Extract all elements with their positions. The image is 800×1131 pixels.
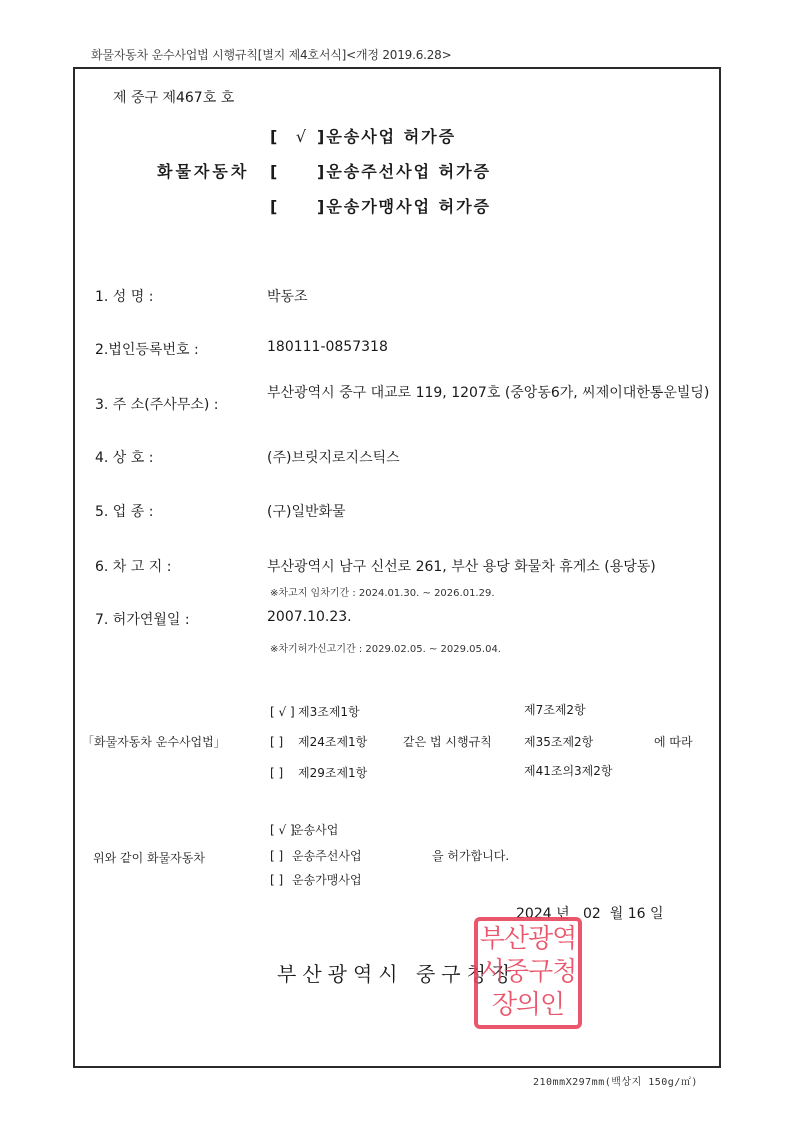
check-mark-icon: √ xyxy=(287,127,317,146)
empty-checkbox: [ ] xyxy=(270,735,298,749)
empty-checkbox: [ ] xyxy=(270,766,298,780)
field-value-trade-name: (주)브릿지로지스틱스 xyxy=(267,447,400,467)
paper-spec-footer: 210mmX297mm(백상지 150g/㎡) xyxy=(533,1073,698,1088)
article-option-3: [ ]제29조제1항 xyxy=(270,764,367,781)
field-label-corp-reg-no: 2.법인등록번호 : xyxy=(95,339,199,359)
field-value-address: 부산광역시 중구 대교로 119, 1207호 (중앙동6가, 씨제이대한통운빌… xyxy=(267,386,717,401)
rule-article-1: 제7조제2항 xyxy=(524,701,586,718)
official-seal-stamp: 부산광역 시중구청 장의인 xyxy=(474,917,582,1029)
document-number: 제 중구 제467호 호 xyxy=(113,87,234,107)
rule-article-2: 제35조제2항 xyxy=(524,733,593,750)
title-prefix: 화물자동차 xyxy=(157,159,249,182)
empty-checkbox: [ ] xyxy=(270,849,292,863)
grant-prefix: 위와 같이 화물자동차 xyxy=(93,849,205,866)
rule-article-3: 제41조의3제2항 xyxy=(524,762,613,779)
title-option-transport: [√]운송사업 허가증 xyxy=(270,124,456,147)
legal-act-name: 「화물자동차 운수사업법」 xyxy=(82,733,226,750)
field-label-address: 3. 주 소(주사무소) : xyxy=(95,394,219,414)
grant-option-transport: [ √ ]운송사업 xyxy=(270,821,338,838)
renewal-period-note: ※차기허가신고기간 : 2029.02.05. ~ 2029.05.04. xyxy=(270,640,501,655)
title-option-franchise: []운송가맹사업 허가증 xyxy=(270,194,491,217)
empty-checkbox: [ ] xyxy=(270,873,292,887)
garage-lease-note: ※차고지 임차기간 : 2024.01.30. ~ 2026.01.29. xyxy=(270,584,495,599)
grant-option-brokerage: [ ]운송주선사업 xyxy=(270,847,362,864)
title-option-brokerage: []운송주선사업 허가증 xyxy=(270,159,491,182)
grant-suffix: 을 허가합니다. xyxy=(432,847,509,864)
field-label-garage: 6. 차 고 지 : xyxy=(95,556,171,576)
field-value-permit-date: 2007.10.23. xyxy=(267,609,352,625)
field-value-name: 박동조 xyxy=(267,286,308,306)
connector-text: 같은 법 시행규칙 xyxy=(403,733,492,750)
according-to-text: 에 따라 xyxy=(654,733,693,750)
field-value-business-type: (구)일반화물 xyxy=(267,501,346,521)
field-label-business-type: 5. 업 종 : xyxy=(95,501,153,521)
field-value-corp-reg-no: 180111-0857318 xyxy=(267,339,388,355)
field-label-name: 1. 성 명 : xyxy=(95,286,153,306)
checked-box: [ √ ] xyxy=(270,705,298,719)
grant-option-franchise: [ ]운송가맹사업 xyxy=(270,871,362,888)
form-reference: 화물자동차 운수사업법 시행규칙[별지 제4호서식]<개정 2019.6.28> xyxy=(91,46,451,63)
field-value-garage: 부산광역시 남구 신선로 261, 부산 용당 화물차 휴게소 (용당동) xyxy=(267,556,656,576)
field-label-trade-name: 4. 상 호 : xyxy=(95,447,153,467)
article-option-1: [ √ ]제3조제1항 xyxy=(270,703,360,720)
checked-box: [ √ ] xyxy=(270,823,292,837)
article-option-2: [ ]제24조제1항 xyxy=(270,733,367,750)
field-label-permit-date: 7. 허가연월일 : xyxy=(95,609,190,629)
